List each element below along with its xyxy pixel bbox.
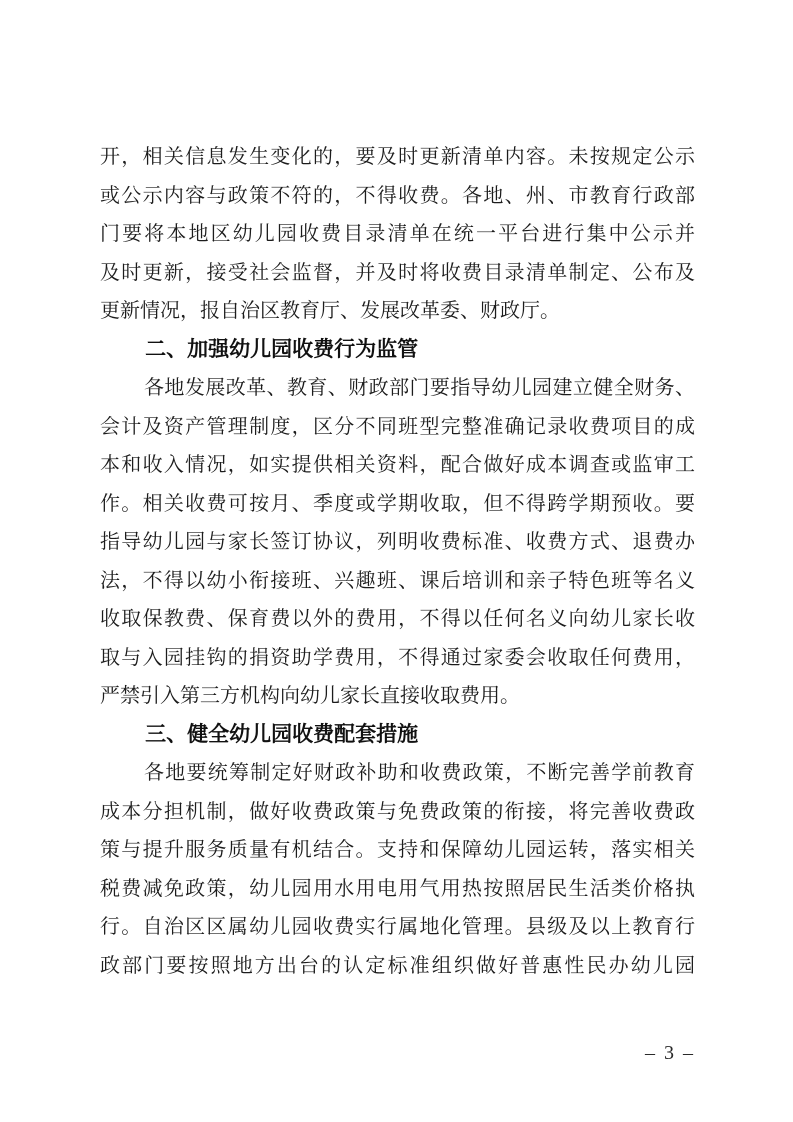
section-heading: 二、加强幼儿园收费行为监管 [100, 331, 695, 370]
document-body: 开，相关信息发生变化的，要及时更新清单内容。未按规定公示或公示内容与政策不符的，… [100, 138, 695, 985]
text-line: 策与提升服务质量有机结合。支持和保障幼儿园运转，落实相关 [100, 831, 695, 870]
section-heading: 三、健全幼儿园收费配套措施 [100, 716, 695, 755]
text-line: 取与入园挂钩的捐资助学费用，不得通过家委会收取任何费用， [100, 639, 695, 678]
text-line: 或公示内容与政策不符的，不得收费。各地、州、市教育行政部 [100, 177, 695, 216]
page-number: – 3 – [645, 1042, 695, 1065]
text-line: 政部门要按照地方出台的认定标准组织做好普惠性民办幼儿园 [100, 947, 695, 986]
text-line: 更新情况，报自治区教育厅、发展改革委、财政厅。 [100, 292, 695, 331]
text-line: 各地发展改革、教育、财政部门要指导幼儿园建立健全财务、 [100, 369, 695, 408]
text-line: 作。相关收费可按月、季度或学期收取，但不得跨学期预收。要 [100, 485, 695, 524]
text-line: 成本分担机制，做好收费政策与免费政策的衔接，将完善收费政 [100, 793, 695, 832]
text-line: 收取保教费、保育费以外的费用，不得以任何名义向幼儿家长收 [100, 600, 695, 639]
text-line: 行。自治区区属幼儿园收费实行属地化管理。县级及以上教育行 [100, 908, 695, 947]
document-page: 开，相关信息发生变化的，要及时更新清单内容。未按规定公示或公示内容与政策不符的，… [0, 0, 793, 1122]
text-line: 指导幼儿园与家长签订协议，列明收费标准、收费方式、退费办 [100, 523, 695, 562]
text-line: 严禁引入第三方机构向幼儿家长直接收取费用。 [100, 677, 695, 716]
text-line: 开，相关信息发生变化的，要及时更新清单内容。未按规定公示 [100, 138, 695, 177]
text-line: 税费减免政策，幼儿园用水用电用气用热按照居民生活类价格执 [100, 870, 695, 909]
text-line: 本和收入情况，如实提供相关资料，配合做好成本调查或监审工 [100, 446, 695, 485]
text-line: 及时更新，接受社会监督，并及时将收费目录清单制定、公布及 [100, 254, 695, 293]
text-line: 会计及资产管理制度，区分不同班型完整准确记录收费项目的成 [100, 408, 695, 447]
text-line: 各地要统筹制定好财政补助和收费政策，不断完善学前教育 [100, 754, 695, 793]
text-line: 法，不得以幼小衔接班、兴趣班、课后培训和亲子特色班等名义 [100, 562, 695, 601]
text-line: 门要将本地区幼儿园收费目录清单在统一平台进行集中公示并 [100, 215, 695, 254]
